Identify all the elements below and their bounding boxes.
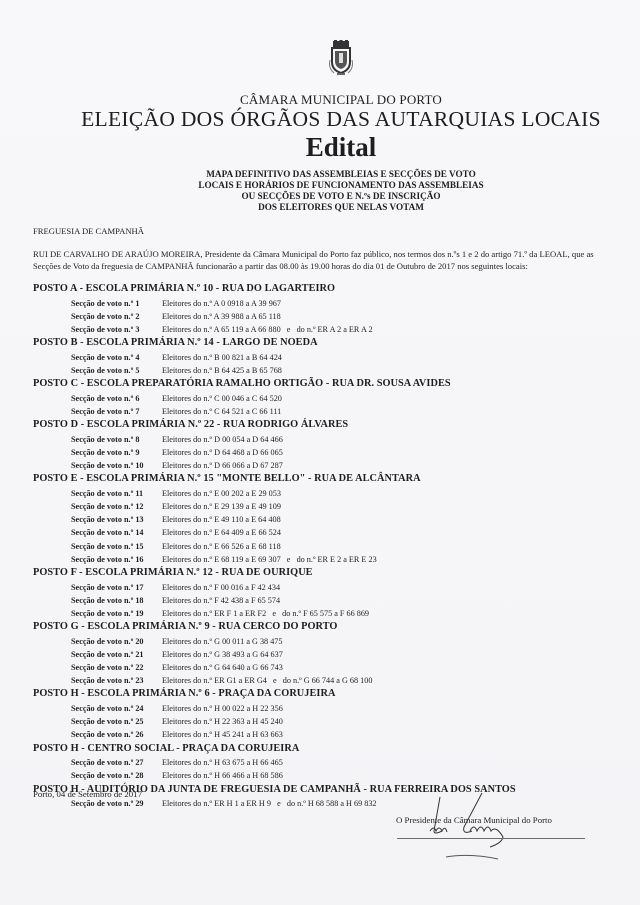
voting-section-label: Secção de voto n.º 15 [71,540,144,553]
voting-section-label: Secção de voto n.º 18 [71,594,144,607]
voting-section-label: Secção de voto n.º 2 [71,310,139,323]
polling-station-heading: POSTO C - ESCOLA PREPARATÓRIA RAMALHO OR… [33,377,633,392]
voter-number-range: Eleitores do n.º B 64 425 a B 65 768 [162,364,282,377]
voting-section-row: Secção de voto n.º 29Eleitores do n.º ER… [33,797,633,810]
voter-number-range: Eleitores do n.º H 22 363 a H 45 240 [162,715,283,728]
voting-section-row: Secção de voto n.º 14Eleitores do n.º E … [33,526,633,539]
voting-section-label: Secção de voto n.º 25 [71,715,144,728]
voter-number-range: Eleitores do n.º F 42 438 a F 65 574 [162,594,280,607]
voter-number-range: Eleitores do n.º B 00 821 a B 64 424 [162,351,282,364]
voting-section-label: Secção de voto n.º 26 [71,728,144,741]
voting-section-row: Secção de voto n.º 3Eleitores do n.º A 6… [33,323,633,336]
voting-section-row: Secção de voto n.º 6Eleitores do n.º C 0… [33,392,633,405]
voting-section-label: Secção de voto n.º 1 [71,297,139,310]
voter-number-range: Eleitores do n.º G 38 493 a G 64 637 [162,648,283,661]
polling-station-heading: POSTO F - ESCOLA PRIMÁRIA N.º 12 - RUA D… [33,566,633,581]
subtitle-line: DOS ELEITORES QUE NELAS VOTAM [0,202,640,213]
voting-section-row: Secção de voto n.º 9Eleitores do n.º D 6… [33,446,633,459]
voting-section-row: Secção de voto n.º 11Eleitores do n.º E … [33,487,633,500]
voter-number-range: Eleitores do n.º E 66 526 a E 68 118 [162,540,281,553]
organization-name: CÂMARA MUNICIPAL DO PORTO [0,92,640,108]
voting-section-row: Secção de voto n.º 13Eleitores do n.º E … [33,513,633,526]
parish-name: FREGUESIA DE CAMPANHÃ [33,226,144,236]
voting-section-label: Secção de voto n.º 8 [71,433,139,446]
voter-number-range: Eleitores do n.º ER G1 a ER G4 e do n.º … [162,674,372,687]
voting-section-row: Secção de voto n.º 23Eleitores do n.º ER… [33,674,633,687]
voting-section-label: Secção de voto n.º 27 [71,756,144,769]
signature-caption: O Presidente da Câmara Municipal do Port… [396,815,552,825]
polling-station-heading: POSTO E - ESCOLA PRIMÁRIA N.º 15 "MONTE … [33,472,633,487]
election-title: ELEIÇÃO DOS ÓRGÃOS DAS AUTARQUIAS LOCAIS [0,107,640,132]
voting-section-row: Secção de voto n.º 21Eleitores do n.º G … [33,648,633,661]
voter-number-range: Eleitores do n.º E 49 110 a E 64 408 [162,513,281,526]
voting-section-row: Secção de voto n.º 2Eleitores do n.º A 3… [33,310,633,323]
voting-section-label: Secção de voto n.º 13 [71,513,144,526]
polling-station-heading: POSTO H - CENTRO SOCIAL - PRAÇA DA CORUJ… [33,742,633,757]
voter-number-range: Eleitores do n.º A 39 988 a A 65 118 [162,310,281,323]
voting-section-row: Secção de voto n.º 24Eleitores do n.º H … [33,702,633,715]
polling-stations-list: POSTO A - ESCOLA PRIMÁRIA N.º 10 - RUA D… [33,282,633,810]
voting-section-row: Secção de voto n.º 27Eleitores do n.º H … [33,756,633,769]
voting-section-label: Secção de voto n.º 3 [71,323,139,336]
voting-section-label: Secção de voto n.º 24 [71,702,144,715]
voting-section-label: Secção de voto n.º 11 [71,487,143,500]
voting-section-row: Secção de voto n.º 4Eleitores do n.º B 0… [33,351,633,364]
voting-section-label: Secção de voto n.º 5 [71,364,139,377]
voter-number-range: Eleitores do n.º E 64 409 a E 66 524 [162,526,281,539]
voting-section-label: Secção de voto n.º 12 [71,500,144,513]
polling-station-heading: POSTO D - ESCOLA PRIMÁRIA N.º 22 - RUA R… [33,418,633,433]
voter-number-range: Eleitores do n.º ER F 1 a ER F2 e do n.º… [162,607,369,620]
voting-section-label: Secção de voto n.º 22 [71,661,144,674]
voter-number-range: Eleitores do n.º D 66 066 a D 67 287 [162,459,283,472]
voting-section-label: Secção de voto n.º 9 [71,446,139,459]
voting-section-label: Secção de voto n.º 4 [71,351,139,364]
voter-number-range: Eleitores do n.º H 63 675 a H 66 465 [162,756,283,769]
voting-section-label: Secção de voto n.º 14 [71,526,144,539]
voting-section-row: Secção de voto n.º 15Eleitores do n.º E … [33,540,633,553]
document-type-heading: Edital [0,132,640,163]
polling-station-heading: POSTO B - ESCOLA PRIMÁRIA N.º 14 - LARGO… [33,336,633,351]
coat-of-arms-icon [328,40,354,76]
polling-station-heading: POSTO G - ESCOLA PRIMÁRIA N.º 9 - RUA CE… [33,620,633,635]
polling-station-heading: POSTO A - ESCOLA PRIMÁRIA N.º 10 - RUA D… [33,282,633,297]
voting-section-row: Secção de voto n.º 8Eleitores do n.º D 0… [33,433,633,446]
handwritten-signature-icon [420,787,540,867]
voting-section-label: Secção de voto n.º 21 [71,648,144,661]
voting-section-row: Secção de voto n.º 17Eleitores do n.º F … [33,581,633,594]
intro-line: Secções de Voto da freguesia de CAMPANHÃ… [33,260,640,272]
voting-section-row: Secção de voto n.º 22Eleitores do n.º G … [33,661,633,674]
voter-number-range: Eleitores do n.º H 45 241 a H 63 663 [162,728,283,741]
document-subtitle: MAPA DEFINITIVO DAS ASSEMBLEIAS E SECÇÕE… [0,169,640,213]
voter-number-range: Eleitores do n.º D 00 054 a D 64 466 [162,433,283,446]
voting-section-label: Secção de voto n.º 23 [71,674,144,687]
voting-section-row: Secção de voto n.º 20Eleitores do n.º G … [33,635,633,648]
voting-section-label: Secção de voto n.º 10 [71,459,144,472]
voting-section-label: Secção de voto n.º 19 [71,607,144,620]
voter-number-range: Eleitores do n.º E 68 119 a E 69 307 e d… [162,553,377,566]
voting-section-label: Secção de voto n.º 6 [71,392,139,405]
voting-section-row: Secção de voto n.º 12Eleitores do n.º E … [33,500,633,513]
voter-number-range: Eleitores do n.º G 64 640 a G 66 743 [162,661,283,674]
voter-number-range: Eleitores do n.º E 00 202 a E 29 053 [162,487,281,500]
polling-station-heading: POSTO H - ESCOLA PRIMÁRIA N.º 6 - PRAÇA … [33,687,633,702]
voting-section-label: Secção de voto n.º 29 [71,797,144,810]
voting-section-row: Secção de voto n.º 18Eleitores do n.º F … [33,594,633,607]
subtitle-line: MAPA DEFINITIVO DAS ASSEMBLEIAS E SECÇÕE… [0,169,640,180]
voting-section-label: Secção de voto n.º 17 [71,581,144,594]
voting-section-row: Secção de voto n.º 25Eleitores do n.º H … [33,715,633,728]
voting-section-label: Secção de voto n.º 28 [71,769,144,782]
voter-number-range: Eleitores do n.º G 00 011 a G 38 475 [162,635,282,648]
voter-number-range: Eleitores do n.º A 65 119 a A 66 880 e d… [162,323,373,336]
voting-section-label: Secção de voto n.º 20 [71,635,144,648]
voter-number-range: Eleitores do n.º H 00 022 a H 22 356 [162,702,283,715]
voting-section-label: Secção de voto n.º 16 [71,553,144,566]
voting-section-row: Secção de voto n.º 10Eleitores do n.º D … [33,459,633,472]
voting-section-row: Secção de voto n.º 16Eleitores do n.º E … [33,553,633,566]
voting-section-row: Secção de voto n.º 5Eleitores do n.º B 6… [33,364,633,377]
voting-section-label: Secção de voto n.º 7 [71,405,139,418]
document-page: CÂMARA MUNICIPAL DO PORTO ELEIÇÃO DOS ÓR… [0,0,640,905]
intro-paragraph: RUI DE CARVALHO DE ARAÚJO MOREIRA, Presi… [33,248,640,272]
voting-section-row: Secção de voto n.º 28Eleitores do n.º H … [33,769,633,782]
voting-section-row: Secção de voto n.º 26Eleitores do n.º H … [33,728,633,741]
subtitle-line: OU SECÇÕES DE VOTO E N.ºs DE INSCRIÇÃO [0,191,640,202]
voter-number-range: Eleitores do n.º D 64 468 a D 66 065 [162,446,283,459]
subtitle-line: LOCAIS E HORÁRIOS DE FUNCIONAMENTO DAS A… [0,180,640,191]
place-date: Porto, 04 de Setembro de 2017 [33,789,142,799]
voting-section-row: Secção de voto n.º 19Eleitores do n.º ER… [33,607,633,620]
voter-number-range: Eleitores do n.º A 0 0918 a A 39 967 [162,297,281,310]
voter-number-range: Eleitores do n.º ER H 1 a ER H 9 e do n.… [162,797,377,810]
voter-number-range: Eleitores do n.º C 64 521 a C 66 111 [162,405,281,418]
voter-number-range: Eleitores do n.º F 00 016 a F 42 434 [162,581,280,594]
intro-line: RUI DE CARVALHO DE ARAÚJO MOREIRA, Presi… [33,248,640,260]
voter-number-range: Eleitores do n.º H 66 466 a H 68 586 [162,769,283,782]
voting-section-row: Secção de voto n.º 7Eleitores do n.º C 6… [33,405,633,418]
voter-number-range: Eleitores do n.º C 00 046 a C 64 520 [162,392,282,405]
signature-line [397,838,585,839]
voting-section-row: Secção de voto n.º 1Eleitores do n.º A 0… [33,297,633,310]
voter-number-range: Eleitores do n.º E 29 139 a E 49 109 [162,500,281,513]
